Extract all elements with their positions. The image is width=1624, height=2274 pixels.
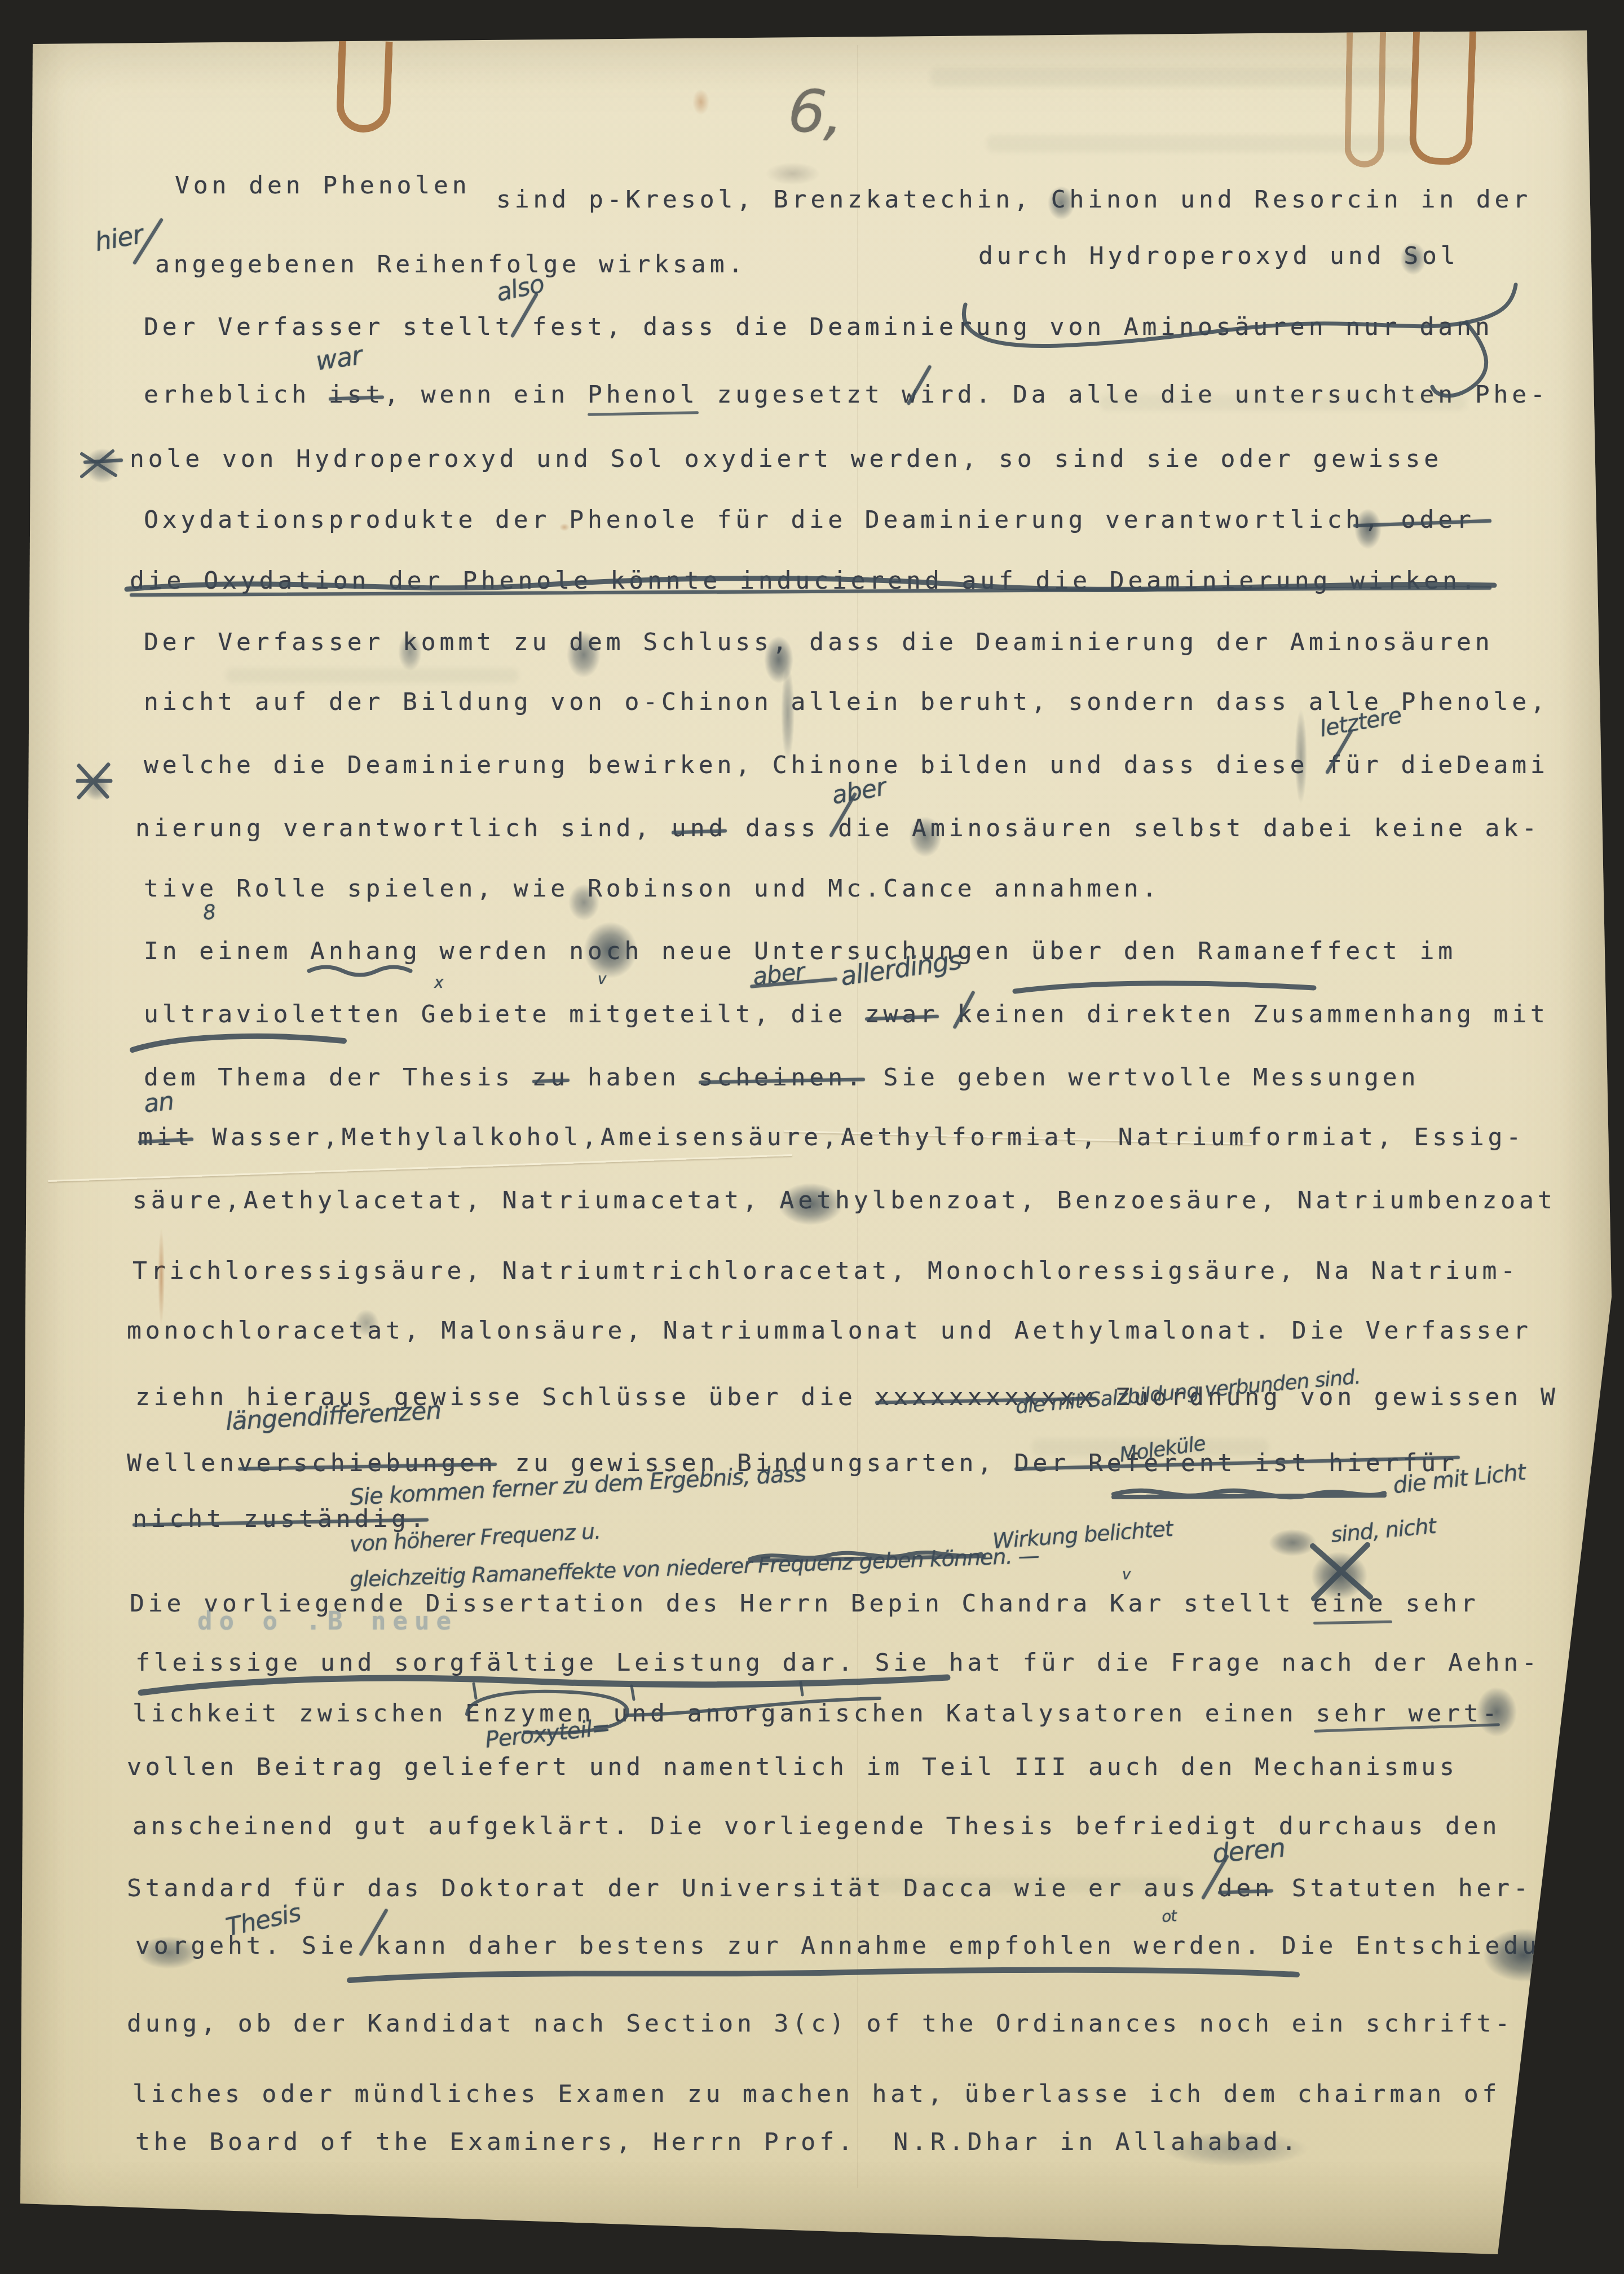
wavy-underline-anhang [309, 967, 411, 975]
ink-blot [85, 448, 120, 483]
typed-line: Oxydationsprodukte der Phenole für die D… [144, 506, 1475, 534]
ink-blot [354, 1309, 379, 1336]
document-sheet: Von den Phenolensind p-Kresol, Brenzkate… [0, 0, 1624, 2274]
ink-underline [588, 411, 699, 416]
hand-annotation: war [314, 340, 364, 377]
typed-line: Der Verfasser kommt zu dem Schluss, dass… [144, 628, 1494, 656]
ink-blot [781, 665, 795, 761]
bleedthrough-smudge [226, 668, 519, 683]
hand-annotation: ot [1161, 1906, 1177, 1926]
typed-line: the Board of the Examiners, Herrn Prof. … [135, 2128, 1300, 2156]
ink-blot [1048, 186, 1075, 220]
typed-line: sind p-Kresol, Brenzkatechin, Chinon und… [496, 186, 1532, 214]
ink-blot [1400, 242, 1426, 275]
ink-blot [909, 816, 942, 857]
ink-blot [584, 922, 637, 978]
typed-line: säure,Aethylacetat, Natriumacetat, Aethy… [133, 1186, 1556, 1215]
typed-line: nole von Hydroperoxyd und Sol oxydiert w… [130, 445, 1442, 473]
paper-crease [48, 1154, 792, 1182]
ink-blot [1354, 509, 1382, 549]
ink-blot [137, 1936, 200, 1969]
hand-annotation: deren [1211, 1832, 1286, 1869]
hand-annotation: v [1122, 1566, 1130, 1583]
ink-blot [1483, 1928, 1565, 1982]
bleedthrough-smudge [846, 1878, 1184, 1892]
hand-annotation: do o .B neue [197, 1607, 458, 1636]
underline-swoosh-ultraviolett [133, 1036, 344, 1050]
typed-line: vollen Beitrag geliefert und namentlich … [127, 1753, 1458, 1781]
bleedthrough-smudge [1100, 395, 1466, 410]
typed-line: fleissige und sorgfältige Leistung dar. … [135, 1649, 1541, 1677]
typed-line: tive Rolle spielen, wie Robinson und Mc.… [144, 875, 1160, 903]
ink-blot [568, 884, 599, 921]
ink-blot [158, 1228, 165, 1325]
typed-line: nicht auf der Bildung von o-Chinon allei… [144, 688, 1549, 716]
ink-blot [559, 523, 570, 531]
ink-blot [1311, 1552, 1367, 1600]
ink-blot [1269, 1529, 1317, 1556]
ink-blot [778, 1183, 843, 1225]
hand-annotation: hier [92, 219, 145, 257]
bleedthrough-smudge [987, 135, 1415, 152]
scribble-row-a [1114, 1491, 1384, 1498]
hand-annotation: aber [752, 957, 806, 990]
pencil-page-number: 6, [785, 76, 846, 149]
ink-underline [1313, 1620, 1392, 1624]
paperclip-stain [336, 39, 393, 133]
typed-line: liches oder mündliches Examen zu machen … [133, 2080, 1501, 2108]
ink-blot [1162, 2131, 1308, 2166]
scanned-page-background: Von den Phenolensind p-Kresol, Brenzkate… [0, 0, 1624, 2274]
typed-line: angegebenen Reihenfolge wirksam. [155, 250, 747, 279]
typed-line: dem Thema der Thesis zu haben scheinen. … [144, 1063, 1419, 1092]
typed-line: Trichloressigsäure, Natriumtrichloraceta… [133, 1257, 1519, 1285]
typed-line: dung, ob der Kandidat nach Section 3(c) … [127, 2010, 1513, 2038]
paperclip-stain [1409, 27, 1476, 166]
typed-line: monochloracetat, Malonsäure, Natriummalo… [127, 1317, 1532, 1345]
ink-blot [398, 633, 422, 671]
ink-blot [692, 89, 709, 115]
typed-line: ultravioletten Gebiete mitgeteilt, die z… [144, 1000, 1549, 1028]
ink-blot [1295, 709, 1307, 804]
underline-swoosh-fleissige [141, 1677, 947, 1693]
typed-line: vorgeht. Sie kann daher bestens zur Anna… [135, 1932, 1559, 1960]
underline-drips [474, 1683, 802, 1699]
bleedthrough-smudge [930, 68, 1415, 87]
typed-line: anscheinend gut aufgeklärt. Die vorliege… [133, 1812, 1501, 1840]
hand-annotation: x [434, 973, 443, 992]
ink-blot [766, 162, 820, 185]
hand-annotation: an [142, 1087, 175, 1118]
ink-blot [1476, 1687, 1517, 1737]
ink-blot [83, 774, 109, 801]
hand-annotation: 8 [202, 900, 216, 925]
typed-line: nierung verantwortlich sind, und dass di… [135, 814, 1541, 842]
hand-annotation: sind, nicht [1330, 1513, 1436, 1547]
paper-fold [857, 45, 858, 2188]
underline-swoosh-empfohlen [350, 1970, 1297, 1980]
typed-line: Von den Phenolen [175, 171, 471, 200]
typed-line: Standard für das Doktorat der Universitä… [127, 1874, 1532, 1902]
ink-blot [567, 632, 601, 678]
typed-line: lichkeit zwischen Enzymen und anorganisc… [133, 1699, 1501, 1728]
typed-line: mit Wasser,Methylalkohol,Ameisensäure,Ae… [138, 1123, 1525, 1151]
hand-annotation: v [598, 971, 606, 988]
underline-swoosh-allerdings [1015, 983, 1314, 991]
typed-line: Der Verfasser stellt fest, dass die Deam… [144, 313, 1494, 341]
typed-line: durch Hydroperoxyd und Sol [978, 242, 1459, 270]
